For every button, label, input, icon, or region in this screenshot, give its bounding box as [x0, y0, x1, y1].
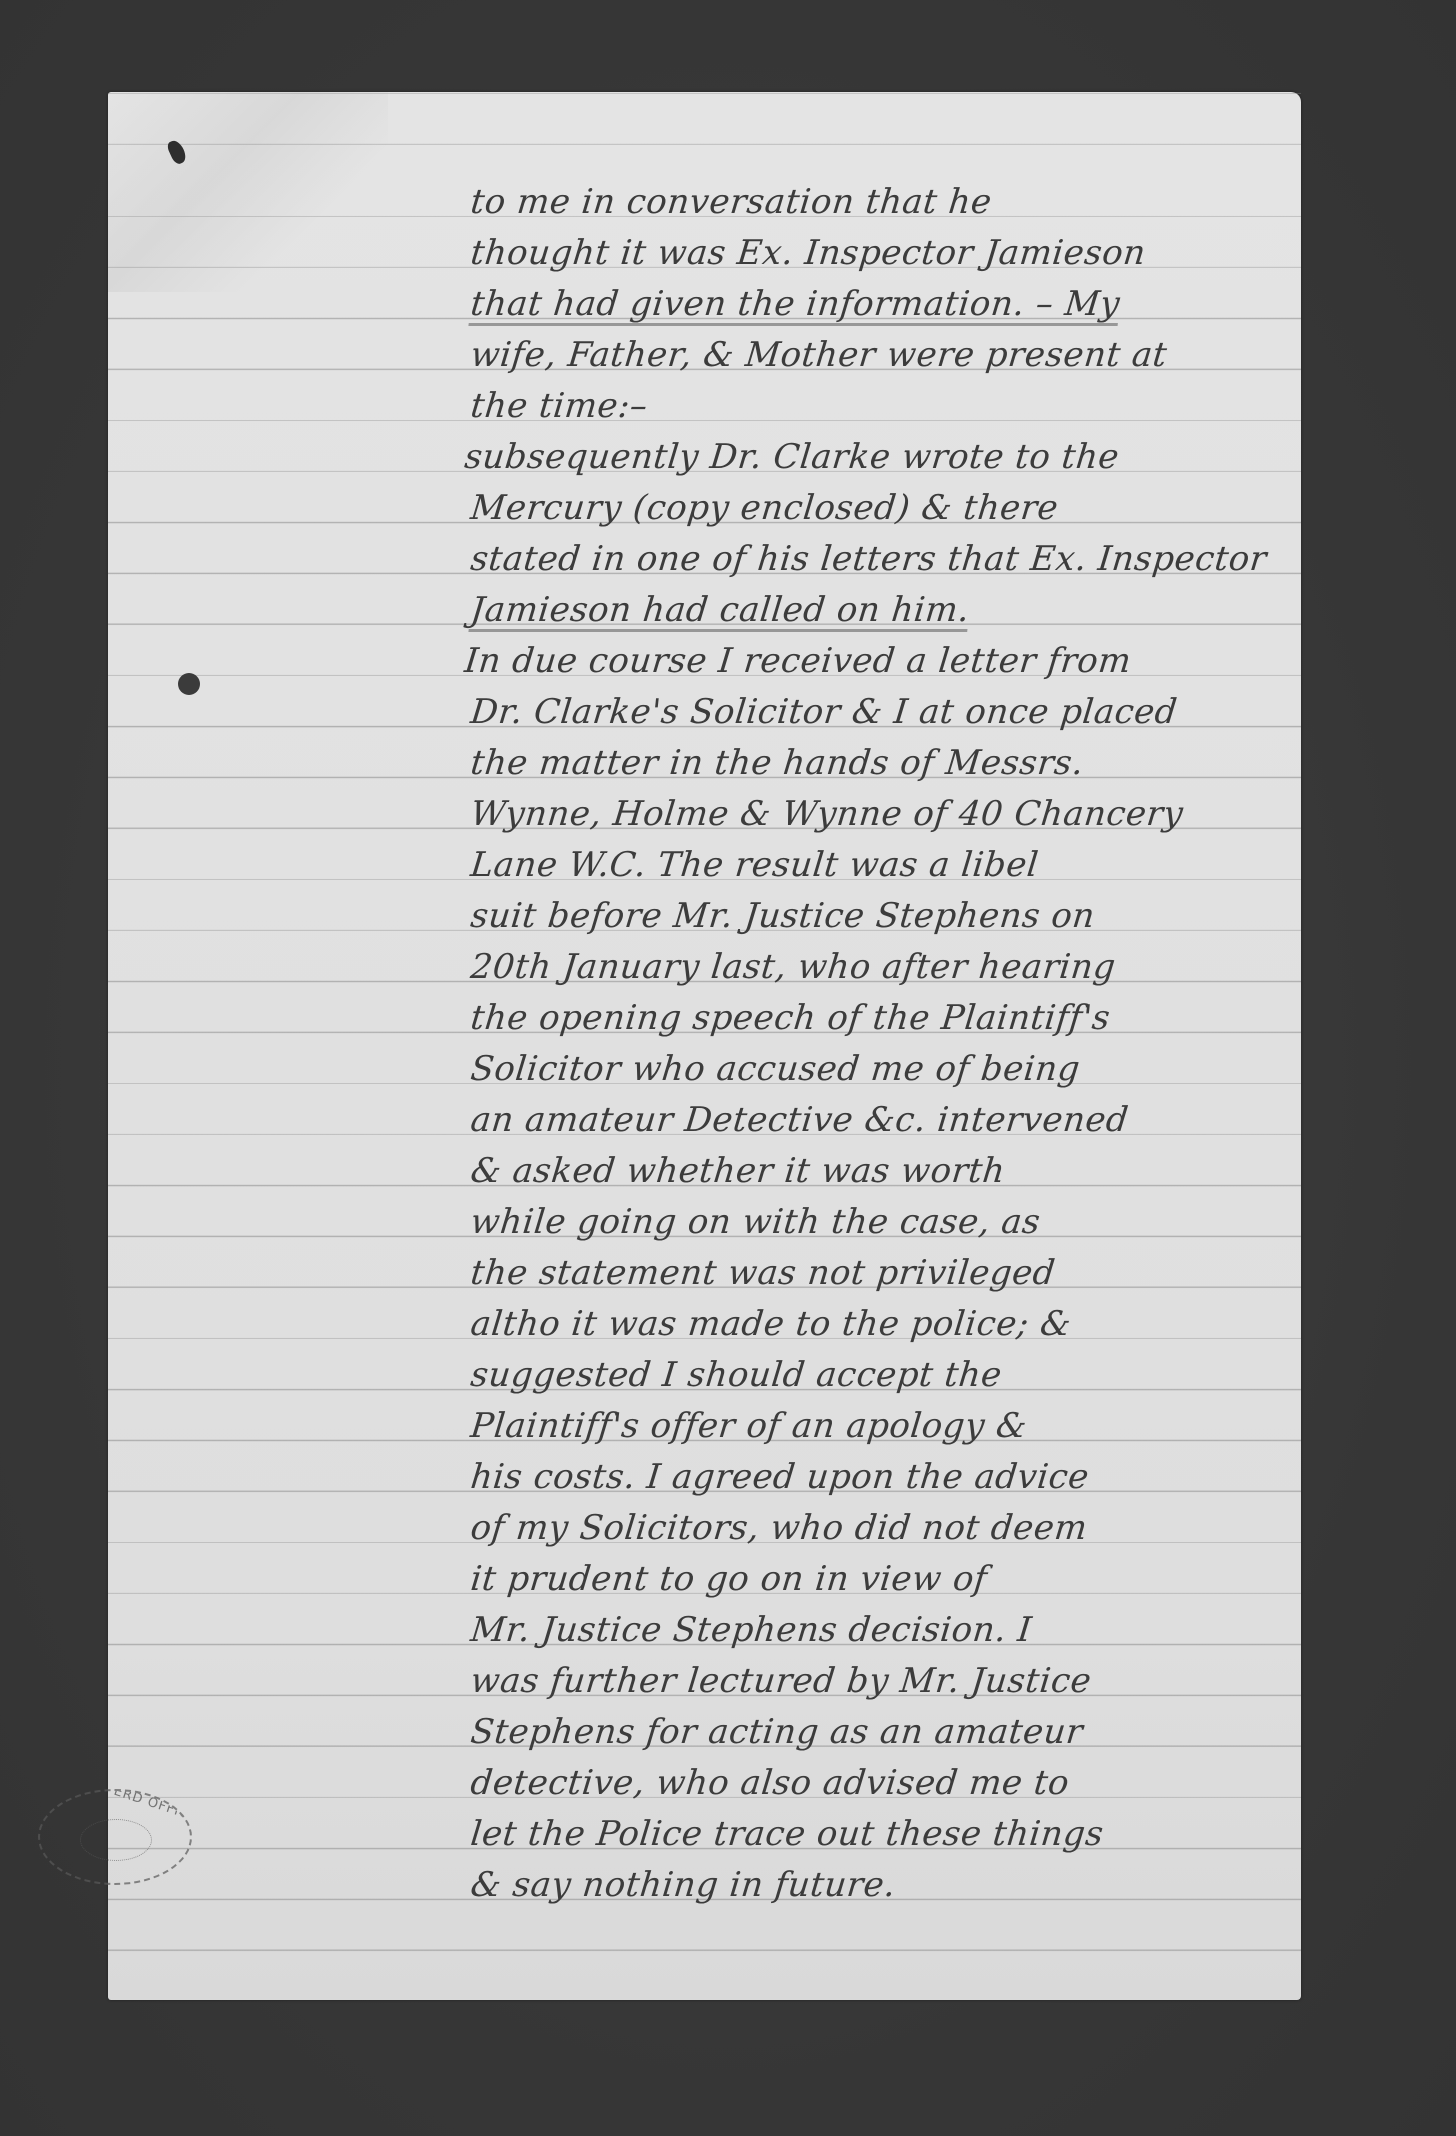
- text-line: it prudent to go on in view of: [468, 1554, 1308, 1605]
- text-line: & asked whether it was worth: [468, 1146, 1308, 1197]
- text-line: the statement was not privileged: [468, 1248, 1308, 1299]
- stamp-inner-ring: [80, 1819, 152, 1861]
- text-line: of my Solicitors, who did not deem: [468, 1503, 1308, 1554]
- text-line: Stephens for acting as an amateur: [468, 1707, 1308, 1758]
- text-line: suggested I should accept the: [468, 1350, 1308, 1401]
- text-line: his costs. I agreed upon the advice: [468, 1452, 1308, 1503]
- letter-page: ERD OFFICE to me in conversation that he…: [108, 92, 1301, 2000]
- text-line: Solicitor who accused me of being: [468, 1044, 1308, 1095]
- text-line: an amateur Detective &c. intervened: [468, 1095, 1308, 1146]
- text-line: thought it was Ex. Inspector Jamieson: [468, 228, 1308, 279]
- text-line: Wynne, Holme & Wynne of 40 Chancery: [468, 789, 1308, 840]
- text-line: Mr. Justice Stephens decision. I: [468, 1605, 1308, 1656]
- text-line: the time:–: [468, 381, 1308, 432]
- text-line: altho it was made to the police; &: [468, 1299, 1308, 1350]
- paper-tear-mark: [166, 138, 189, 166]
- record-office-stamp: ERD OFFICE: [38, 1789, 192, 1885]
- text-line: Jamieson had called on him.: [468, 585, 1308, 636]
- text-line: suit before Mr. Justice Stephens on: [468, 891, 1308, 942]
- text-line: that had given the information. – My: [468, 279, 1308, 330]
- text-line: detective, who also advised me to: [468, 1758, 1308, 1809]
- text-line: subsequently Dr. Clarke wrote to the: [462, 432, 1308, 483]
- text-line: Dr. Clarke's Solicitor & I at once place…: [468, 687, 1308, 738]
- text-line: the matter in the hands of Messrs.: [468, 738, 1308, 789]
- handwritten-text: to me in conversation that he thought it…: [468, 177, 1303, 1911]
- text-line: let the Police trace out these things: [468, 1809, 1308, 1860]
- text-line: Lane W.C. The result was a libel: [468, 840, 1308, 891]
- text-line: was further lectured by Mr. Justice: [468, 1656, 1308, 1707]
- text-line: stated in one of his letters that Ex. In…: [468, 534, 1308, 585]
- text-line: the opening speech of the Plaintiff's: [468, 993, 1308, 1044]
- text-line: & say nothing in future.: [468, 1860, 1308, 1911]
- text-line: while going on with the case, as: [468, 1197, 1308, 1248]
- text-line: In due course I received a letter from: [462, 636, 1308, 687]
- text-line: Plaintiff's offer of an apology &: [468, 1401, 1308, 1452]
- punch-hole: [178, 673, 200, 695]
- text-line: to me in conversation that he: [468, 177, 1308, 228]
- text-line: wife, Father, & Mother were present at: [468, 330, 1308, 381]
- text-line: Mercury (copy enclosed) & there: [468, 483, 1308, 534]
- text-line: 20th January last, who after hearing: [468, 942, 1308, 993]
